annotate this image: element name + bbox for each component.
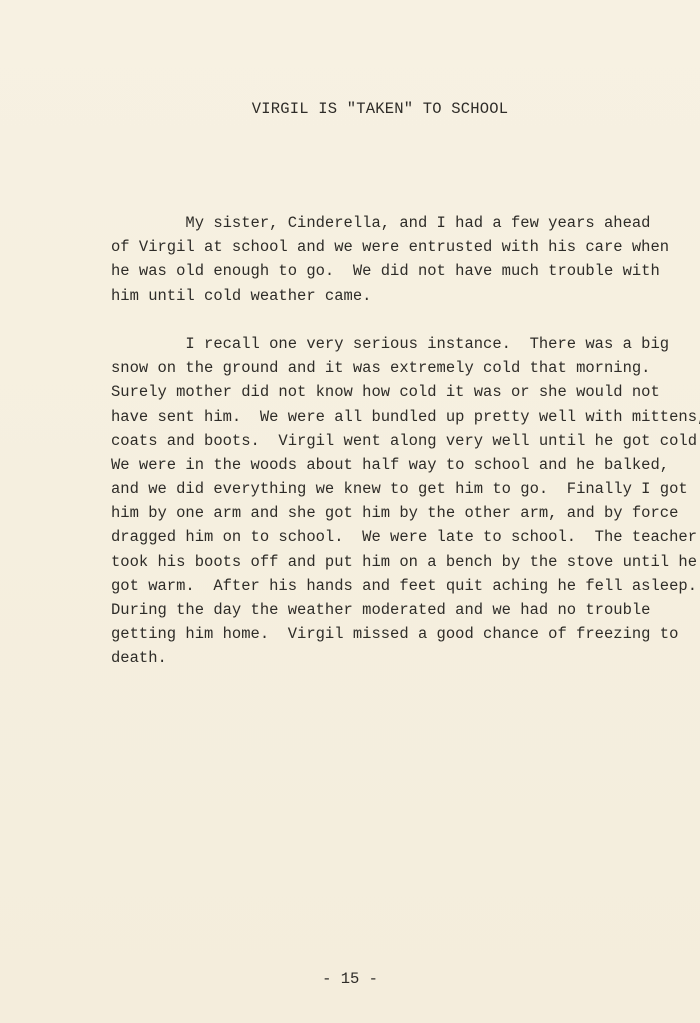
text-line: getting him home. Virgil missed a good c… xyxy=(111,622,691,646)
text-line: My sister, Cinderella, and I had a few y… xyxy=(111,211,691,235)
text-line: During the day the weather moderated and… xyxy=(111,598,691,622)
text-line: of Virgil at school and we were entruste… xyxy=(111,235,691,259)
document-body: My sister, Cinderella, and I had a few y… xyxy=(111,211,691,671)
text-line: got warm. After his hands and feet quit … xyxy=(111,574,691,598)
text-line: him by one arm and she got him by the ot… xyxy=(111,501,691,525)
text-line: I recall one very serious instance. Ther… xyxy=(111,332,691,356)
text-line: he was old enough to go. We did not have… xyxy=(111,259,691,283)
paragraph-gap xyxy=(111,308,691,332)
text-line: dragged him on to school. We were late t… xyxy=(111,525,691,549)
page-number: - 15 - xyxy=(0,970,700,988)
text-line: We were in the woods about half way to s… xyxy=(111,453,691,477)
text-line: and we did everything we knew to get him… xyxy=(111,477,691,501)
text-line: Surely mother did not know how cold it w… xyxy=(111,380,691,404)
text-line: coats and boots. Virgil went along very … xyxy=(111,429,691,453)
text-line: have sent him. We were all bundled up pr… xyxy=(111,405,691,429)
paragraph: I recall one very serious instance. Ther… xyxy=(111,332,691,671)
paragraph: My sister, Cinderella, and I had a few y… xyxy=(111,211,691,308)
text-line: took his boots off and put him on a benc… xyxy=(111,550,691,574)
document-page: VIRGIL IS "TAKEN" TO SCHOOL My sister, C… xyxy=(0,0,700,1023)
text-line: death. xyxy=(111,646,691,670)
text-line: him until cold weather came. xyxy=(111,284,691,308)
text-line: snow on the ground and it was extremely … xyxy=(111,356,691,380)
document-title: VIRGIL IS "TAKEN" TO SCHOOL xyxy=(0,100,700,118)
